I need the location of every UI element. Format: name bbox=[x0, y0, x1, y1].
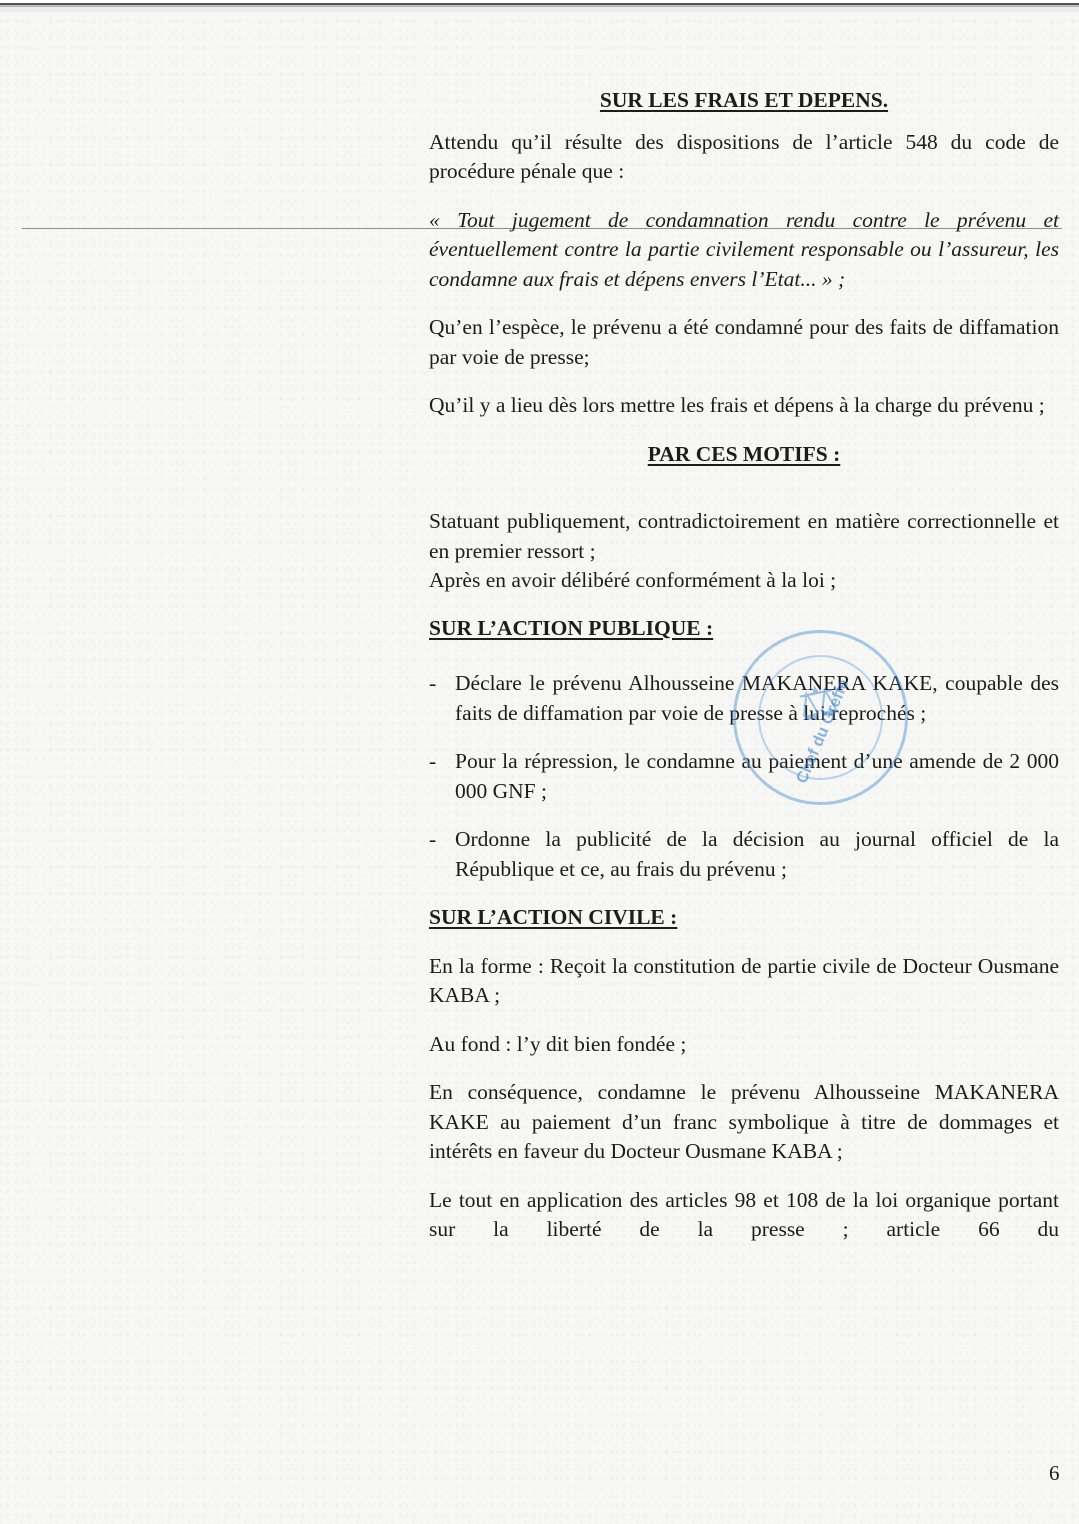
paragraph-statuant: Statuant publiquement, contradictoiremen… bbox=[429, 507, 1059, 566]
paragraph-espece: Qu’en l’espèce, le prévenu a été condamn… bbox=[429, 313, 1059, 372]
paragraph-en-la-forme: En la forme : Reçoit la constitution de … bbox=[429, 952, 1059, 1011]
heading-par-ces-motifs: PAR CES MOTIFS : bbox=[429, 440, 1059, 470]
paragraph-attendu: Attendu qu’il résulte des dispositions d… bbox=[429, 128, 1059, 187]
heading-frais-depens: SUR LES FRAIS ET DEPENS. bbox=[429, 86, 1059, 116]
page-number: 6 bbox=[1049, 1461, 1060, 1486]
paragraph-frais-charge: Qu’il y a lieu dès lors mettre les frais… bbox=[429, 391, 1059, 421]
quote-article-548: « Tout jugement de condamnation rendu co… bbox=[429, 206, 1059, 295]
paragraph-application: Le tout en application des articles 98 e… bbox=[429, 1186, 1059, 1245]
list-item-text: Ordonne la publicité de la décision au j… bbox=[455, 825, 1059, 884]
list-item: - Ordonne la publicité de la décision au… bbox=[429, 825, 1059, 884]
list-dash: - bbox=[429, 825, 455, 884]
page-top-edge bbox=[0, 0, 1079, 12]
document-body: SUR LES FRAIS ET DEPENS. Attendu qu’il r… bbox=[429, 86, 1059, 1245]
heading-action-civile: SUR L’ACTION CIVILE : bbox=[429, 903, 1059, 933]
list-dash: - bbox=[429, 669, 455, 728]
paragraph-delibere: Après en avoir délibéré conformément à l… bbox=[429, 566, 1059, 596]
list-dash: - bbox=[429, 747, 455, 806]
heading-action-publique: SUR L’ACTION PUBLIQUE : bbox=[429, 614, 1059, 644]
paragraph-consequence: En conséquence, condamne le prévenu Alho… bbox=[429, 1078, 1059, 1167]
paragraph-au-fond: Au fond : l’y dit bien fondée ; bbox=[429, 1030, 1059, 1060]
